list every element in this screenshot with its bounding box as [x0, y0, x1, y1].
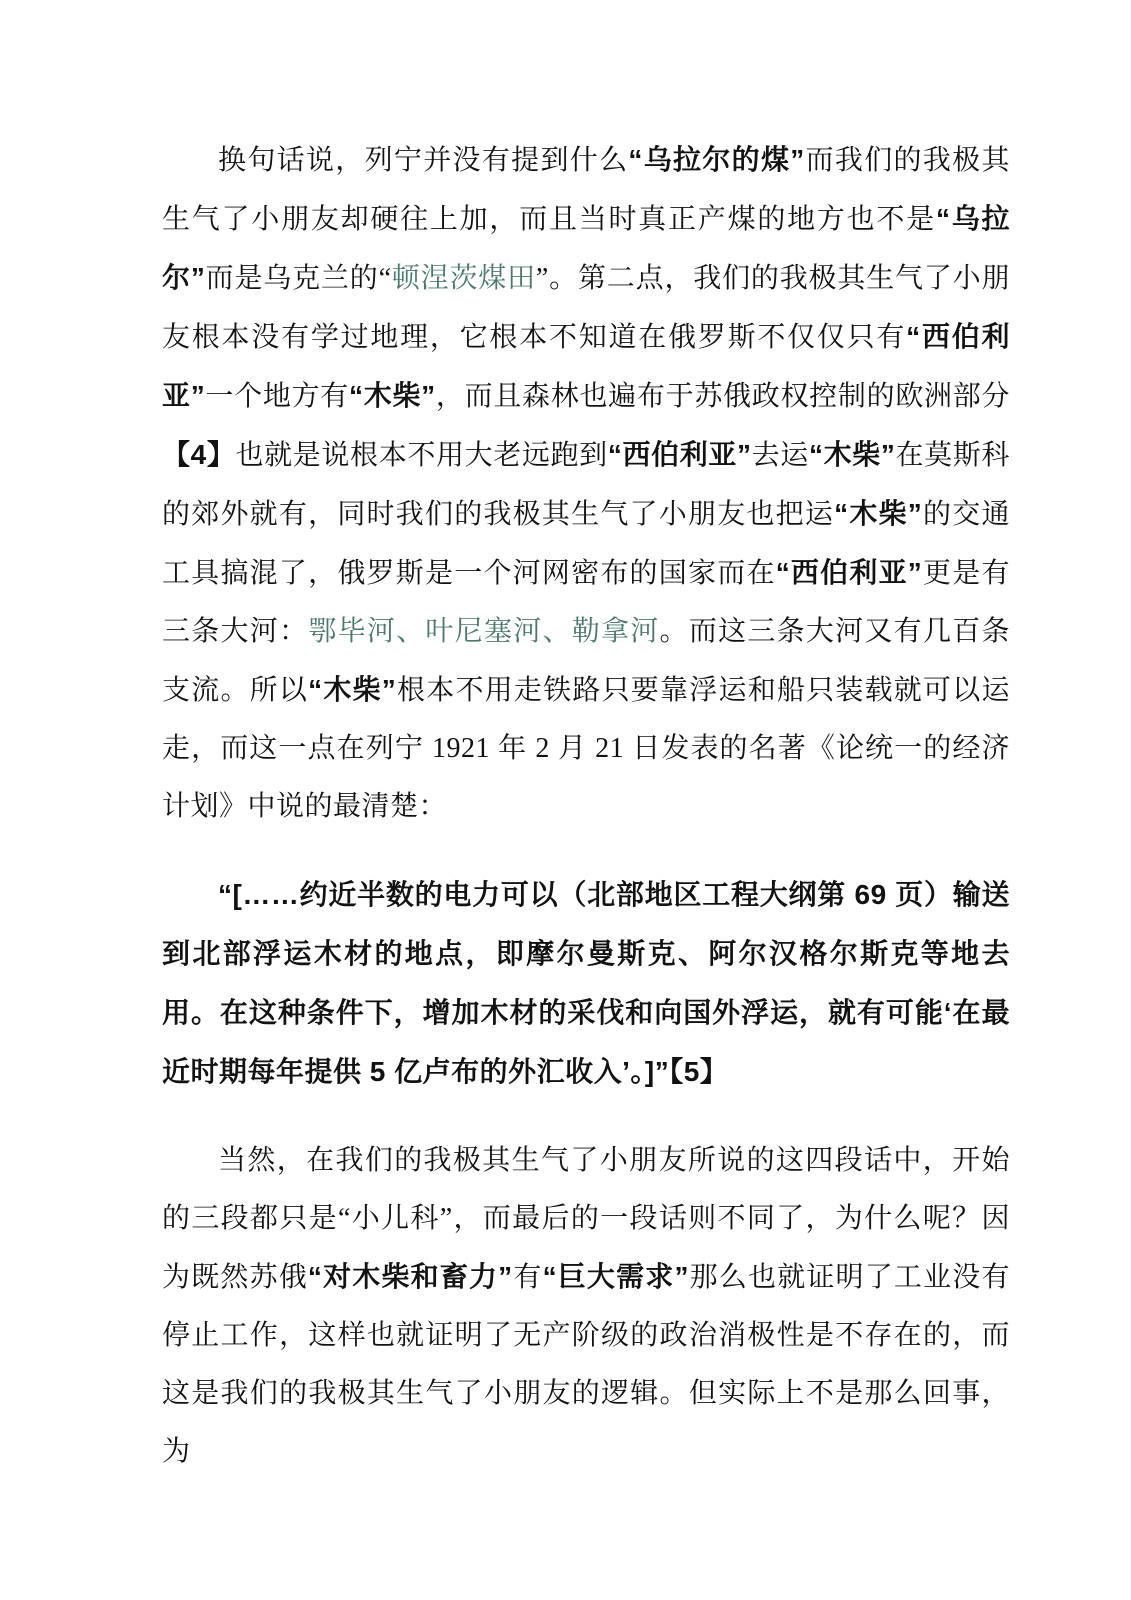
bold-text-run: “对木柴和畜力”: [308, 1261, 513, 1292]
bold-text-run: “西伯利亚”: [608, 439, 752, 470]
bold-text-run: “木柴”: [809, 439, 895, 470]
text-run: 去运: [752, 440, 809, 471]
bold-text-run: “木柴”: [308, 674, 396, 705]
text-run: 换句话说，列宁并没有提到什么: [218, 145, 628, 176]
quote-bold-text: “[……约近半数的电力可以（北部地区工程大纲第 69 页）输送到北部浮运木材的地…: [162, 879, 1010, 1087]
bold-text-run: “乌拉尔的煤”: [628, 144, 804, 175]
bold-text-run: “木柴”: [834, 498, 922, 529]
paragraph-1: 换句话说，列宁并没有提到什么“乌拉尔的煤”而我们的我极其生气了小朋友却硬往上加，…: [162, 131, 1010, 836]
document-content: 换句话说，列宁并没有提到什么“乌拉尔的煤”而我们的我极其生气了小朋友却硬往上加，…: [162, 131, 1010, 1481]
paragraph-2: 当然，在我们的我极其生气了小朋友所说的这四段话中，开始的三段都只是“小儿科”，而…: [162, 1132, 1010, 1481]
teal-river-names: 鄂毕河、叶尼塞河、勒拿河: [308, 616, 659, 647]
text-run: 有: [513, 1262, 543, 1293]
teal-term: 顿涅茨煤田: [392, 263, 536, 294]
bold-text-run: “西伯利亚”: [776, 557, 923, 588]
bold-text-run: “巨大需求”: [543, 1261, 689, 1292]
document-page: 换句话说，列宁并没有提到什么“乌拉尔的煤”而我们的我极其生气了小朋友却硬往上加，…: [0, 0, 1131, 1600]
text-run: 也就是说根本不用大老远跑到: [236, 440, 608, 471]
text-run: 而是乌克兰的“: [205, 263, 391, 294]
footnote-ref-4: 【4】: [162, 439, 236, 470]
bold-text-run: “木柴”: [349, 380, 436, 411]
text-run: ，而且森林也遍布于苏俄政权控制的欧洲部分: [436, 381, 1010, 412]
quote-paragraph: “[……约近半数的电力可以（北部地区工程大纲第 69 页）输送到北部浮运木材的地…: [162, 866, 1010, 1102]
text-run: 一个地方有: [205, 381, 349, 412]
